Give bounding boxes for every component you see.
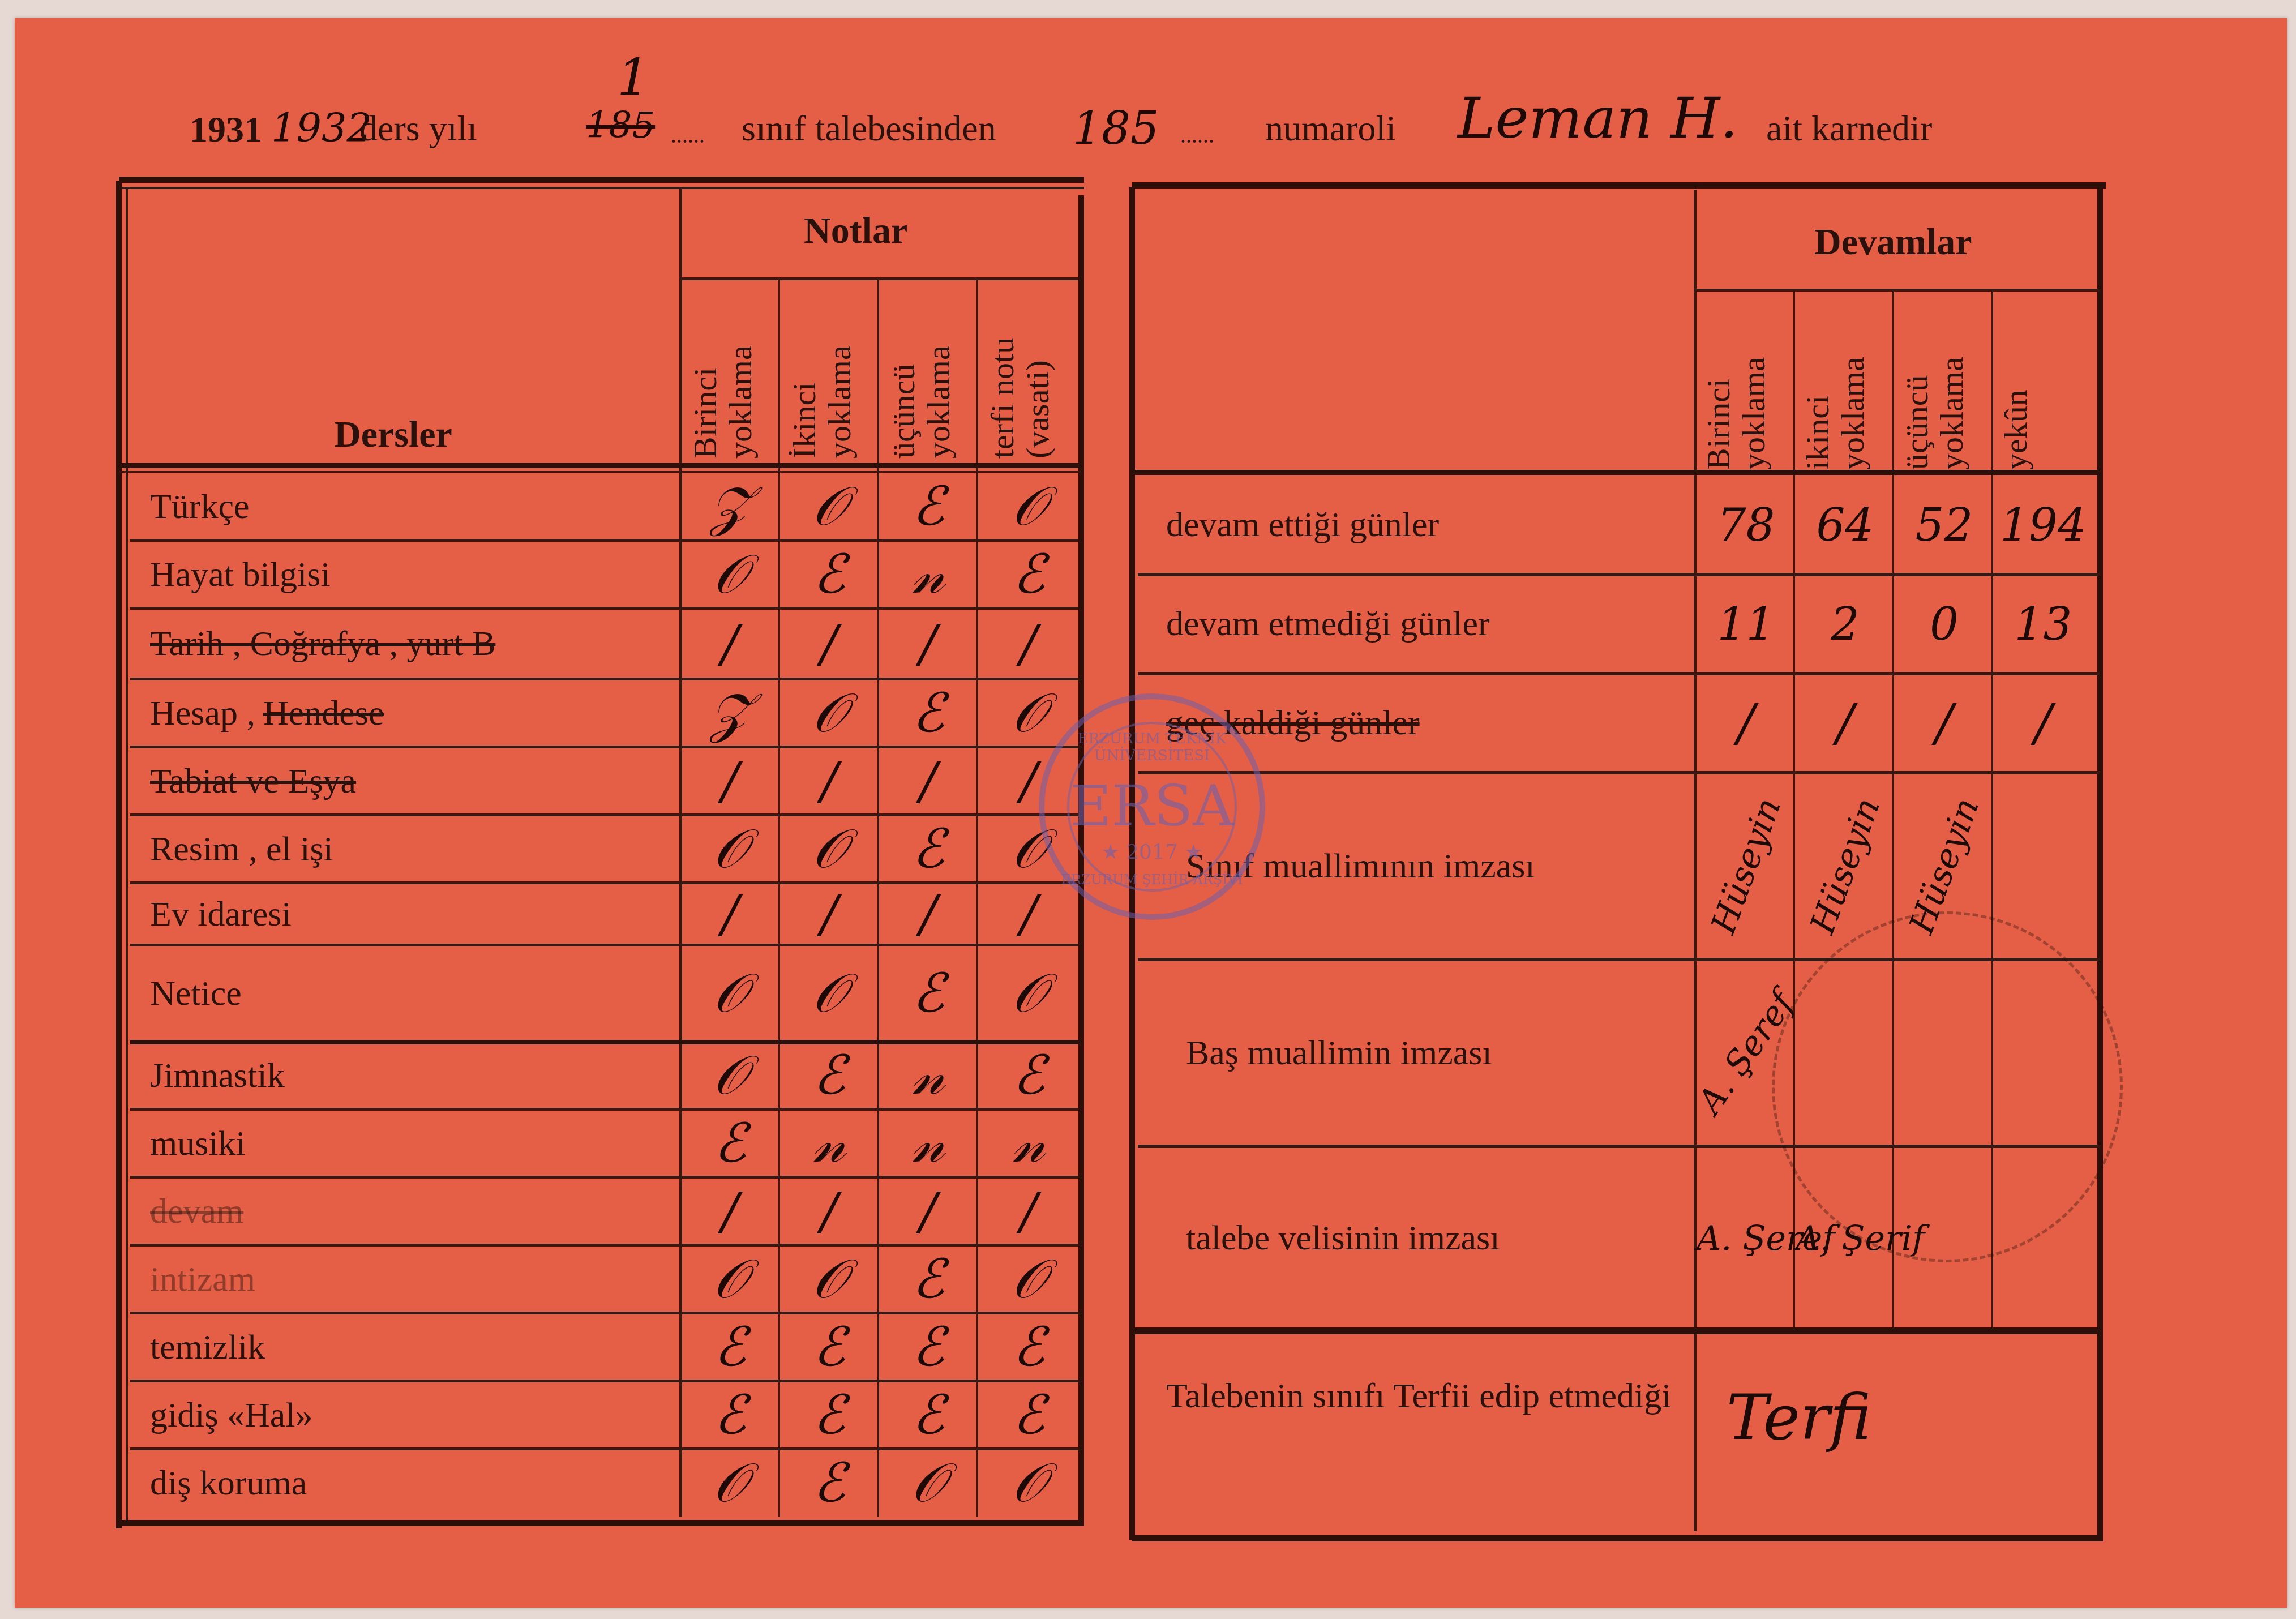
attendance-cell: 2 <box>1796 575 1895 674</box>
grade-cell: ℰ <box>781 1313 877 1381</box>
notlar-title: Notlar <box>804 209 907 252</box>
grade-cell: ℰ <box>781 1381 877 1449</box>
attendance-cell: / <box>1994 674 2093 773</box>
ders-yili-text: ders yılı <box>359 108 477 149</box>
subject-label: Netice <box>150 945 242 1042</box>
grade-cell: ℰ <box>880 1313 976 1381</box>
grade-cell: 𝒪 <box>781 679 877 747</box>
grade-cell: ℰ <box>979 1042 1078 1110</box>
grade-cell: ℰ <box>781 1042 877 1110</box>
attendance-label: devam ettiği günler <box>1166 476 1439 575</box>
grade-cell: / <box>682 883 778 945</box>
grade-cell: 𝒪 <box>781 815 877 883</box>
grade-cell: 𝒪 <box>682 945 778 1042</box>
grade-cell: 𝓃 <box>880 1042 976 1110</box>
promotion-value: Terfi <box>1727 1381 1871 1454</box>
grade-cell: ℰ <box>979 1313 1078 1381</box>
grade-cell: / <box>880 1177 976 1245</box>
subject-label: musiki <box>150 1110 246 1177</box>
grade-cell: ℰ <box>979 1381 1078 1449</box>
attendance-cell: 64 <box>1796 476 1895 575</box>
signature-cell: A. Şeref <box>1697 1146 1796 1330</box>
grade-cell: 𝒵 <box>682 473 778 541</box>
grade-cell: / <box>979 883 1078 945</box>
grade-cell: / <box>682 747 778 815</box>
subject-label: Ev idaresi <box>150 883 292 945</box>
grade-cell: / <box>682 1177 778 1245</box>
subject-label: Jimnastik <box>150 1042 285 1110</box>
grade-cell: 𝒪 <box>979 1245 1078 1313</box>
dersler-header: Dersler <box>334 413 452 456</box>
year-start: 1931 <box>190 109 262 149</box>
devamlar-col-header: üçüncü yoklama <box>1899 294 1984 470</box>
notlar-col-header: üçüncü yoklama <box>886 283 965 459</box>
grade-cell: / <box>781 1177 877 1245</box>
grade-cell: / <box>880 747 976 815</box>
subject-label: Tabiat ve Eşya <box>150 747 356 815</box>
grade-cell: 𝒪 <box>781 473 877 541</box>
subject-label: Hesap ,Hendese <box>150 679 384 747</box>
grade-cell: 𝒪 <box>979 1449 1078 1517</box>
subject-label: temizlik <box>150 1313 265 1381</box>
attendance-cell: 13 <box>1994 575 2093 674</box>
grade-cell: 𝒪 <box>781 945 877 1042</box>
sinif-text: sınıf talebesinden <box>742 108 996 149</box>
devamlar-col-header: ikinci yoklama <box>1800 294 1885 470</box>
student-number: 185 <box>1073 102 1159 155</box>
notlar-col-header: İkinci yoklama <box>787 283 866 459</box>
attendance-label: Baş muallimin imzası <box>1186 960 1492 1146</box>
grade-cell: ℰ <box>880 1381 976 1449</box>
grade-cell: / <box>781 609 877 679</box>
grade-cell: ℰ <box>880 945 976 1042</box>
class-value: 1 <box>617 48 649 108</box>
attendance-cell: 78 <box>1697 476 1796 575</box>
grade-cell: 𝒪 <box>682 1449 778 1517</box>
grade-cell: 𝒪 <box>880 1449 976 1517</box>
subject-label: diş koruma <box>150 1449 307 1517</box>
grade-cell: 𝒪 <box>979 945 1078 1042</box>
grade-cell: ℰ <box>880 679 976 747</box>
devamlar-col-header: yekûn <box>1998 294 2083 470</box>
attendance-cell: 11 <box>1697 575 1796 674</box>
devamlar-title: Devamlar <box>1814 221 1972 264</box>
grade-cell: / <box>979 609 1078 679</box>
subject-label: Hayat bilgisi <box>150 541 331 609</box>
notlar-col-header: Birinci yoklama <box>688 283 767 459</box>
grade-cell: ℰ <box>682 1313 778 1381</box>
attendance-cell: / <box>1895 674 1994 773</box>
subject-label: Tarih , Coğrafya , yurt B <box>150 609 495 679</box>
grade-cell: / <box>781 883 877 945</box>
grade-cell: ℰ <box>880 1245 976 1313</box>
student-name: Leman H. <box>1458 85 1738 151</box>
grade-cell: ℰ <box>781 1449 877 1517</box>
grade-cell: 𝒪 <box>682 1042 778 1110</box>
attendance-cell: 52 <box>1895 476 1994 575</box>
attendance-cell: / <box>1796 674 1895 773</box>
subject-label: Türkçe <box>150 473 250 541</box>
dots-1: ...... <box>671 122 705 148</box>
grade-cell: ℰ <box>682 1381 778 1449</box>
grade-cell: 𝒪 <box>682 1245 778 1313</box>
archive-stamp: ERZURUM TEKNİK ÜNİVERSİTESİ ERSA ★ 2017 … <box>1039 693 1265 920</box>
year-end: 1932 <box>271 105 372 151</box>
grade-cell: 𝓃 <box>979 1110 1078 1177</box>
grade-cell: ℰ <box>682 1110 778 1177</box>
devamlar-col-header: Birinci yoklama <box>1701 294 1786 470</box>
subject-label: intizam <box>150 1245 255 1313</box>
grade-cell: 𝒪 <box>781 1245 877 1313</box>
class-struck: 185 <box>586 105 655 147</box>
grade-cell: 𝒪 <box>979 473 1078 541</box>
grade-cell: 𝓃 <box>781 1110 877 1177</box>
notlar-col-header: terfi notu (vasati) <box>985 283 1070 459</box>
grade-cell: / <box>880 609 976 679</box>
subject-label: Resim , el işi <box>150 815 333 883</box>
grade-cell: / <box>781 747 877 815</box>
grade-cell: / <box>979 1177 1078 1245</box>
subject-label: devam <box>150 1177 243 1245</box>
grade-cell: 𝓃 <box>880 541 976 609</box>
attendance-label: talebe velisinin imzası <box>1186 1146 1500 1330</box>
header-line: 1931 1932 <box>190 105 372 151</box>
grade-cell: ℰ <box>880 815 976 883</box>
ait-karnedir-text: ait karnedir <box>1766 108 1932 149</box>
grade-cell: 𝓃 <box>880 1110 976 1177</box>
grade-cell: 𝒵 <box>682 679 778 747</box>
attendance-label: devam etmediği günler <box>1166 575 1490 674</box>
grade-cell: ℰ <box>781 541 877 609</box>
grade-cell: 𝒪 <box>682 815 778 883</box>
grade-cell: / <box>682 609 778 679</box>
dots-2: ...... <box>1180 122 1214 148</box>
grade-cell: ℰ <box>880 473 976 541</box>
attendance-cell: 194 <box>1994 476 2093 575</box>
school-seal-faded <box>1772 911 2123 1262</box>
numaroli-text: numaroli <box>1265 108 1396 149</box>
attendance-cell: 0 <box>1895 575 1994 674</box>
grade-cell: / <box>880 883 976 945</box>
subject-label: gidiş «Hal» <box>150 1381 313 1449</box>
grade-cell: ℰ <box>979 541 1078 609</box>
grade-cell: 𝒪 <box>682 541 778 609</box>
attendance-cell: / <box>1697 674 1796 773</box>
promotion-label: Talebenin sınıfı Terfii edip etmediği <box>1166 1376 1676 1416</box>
